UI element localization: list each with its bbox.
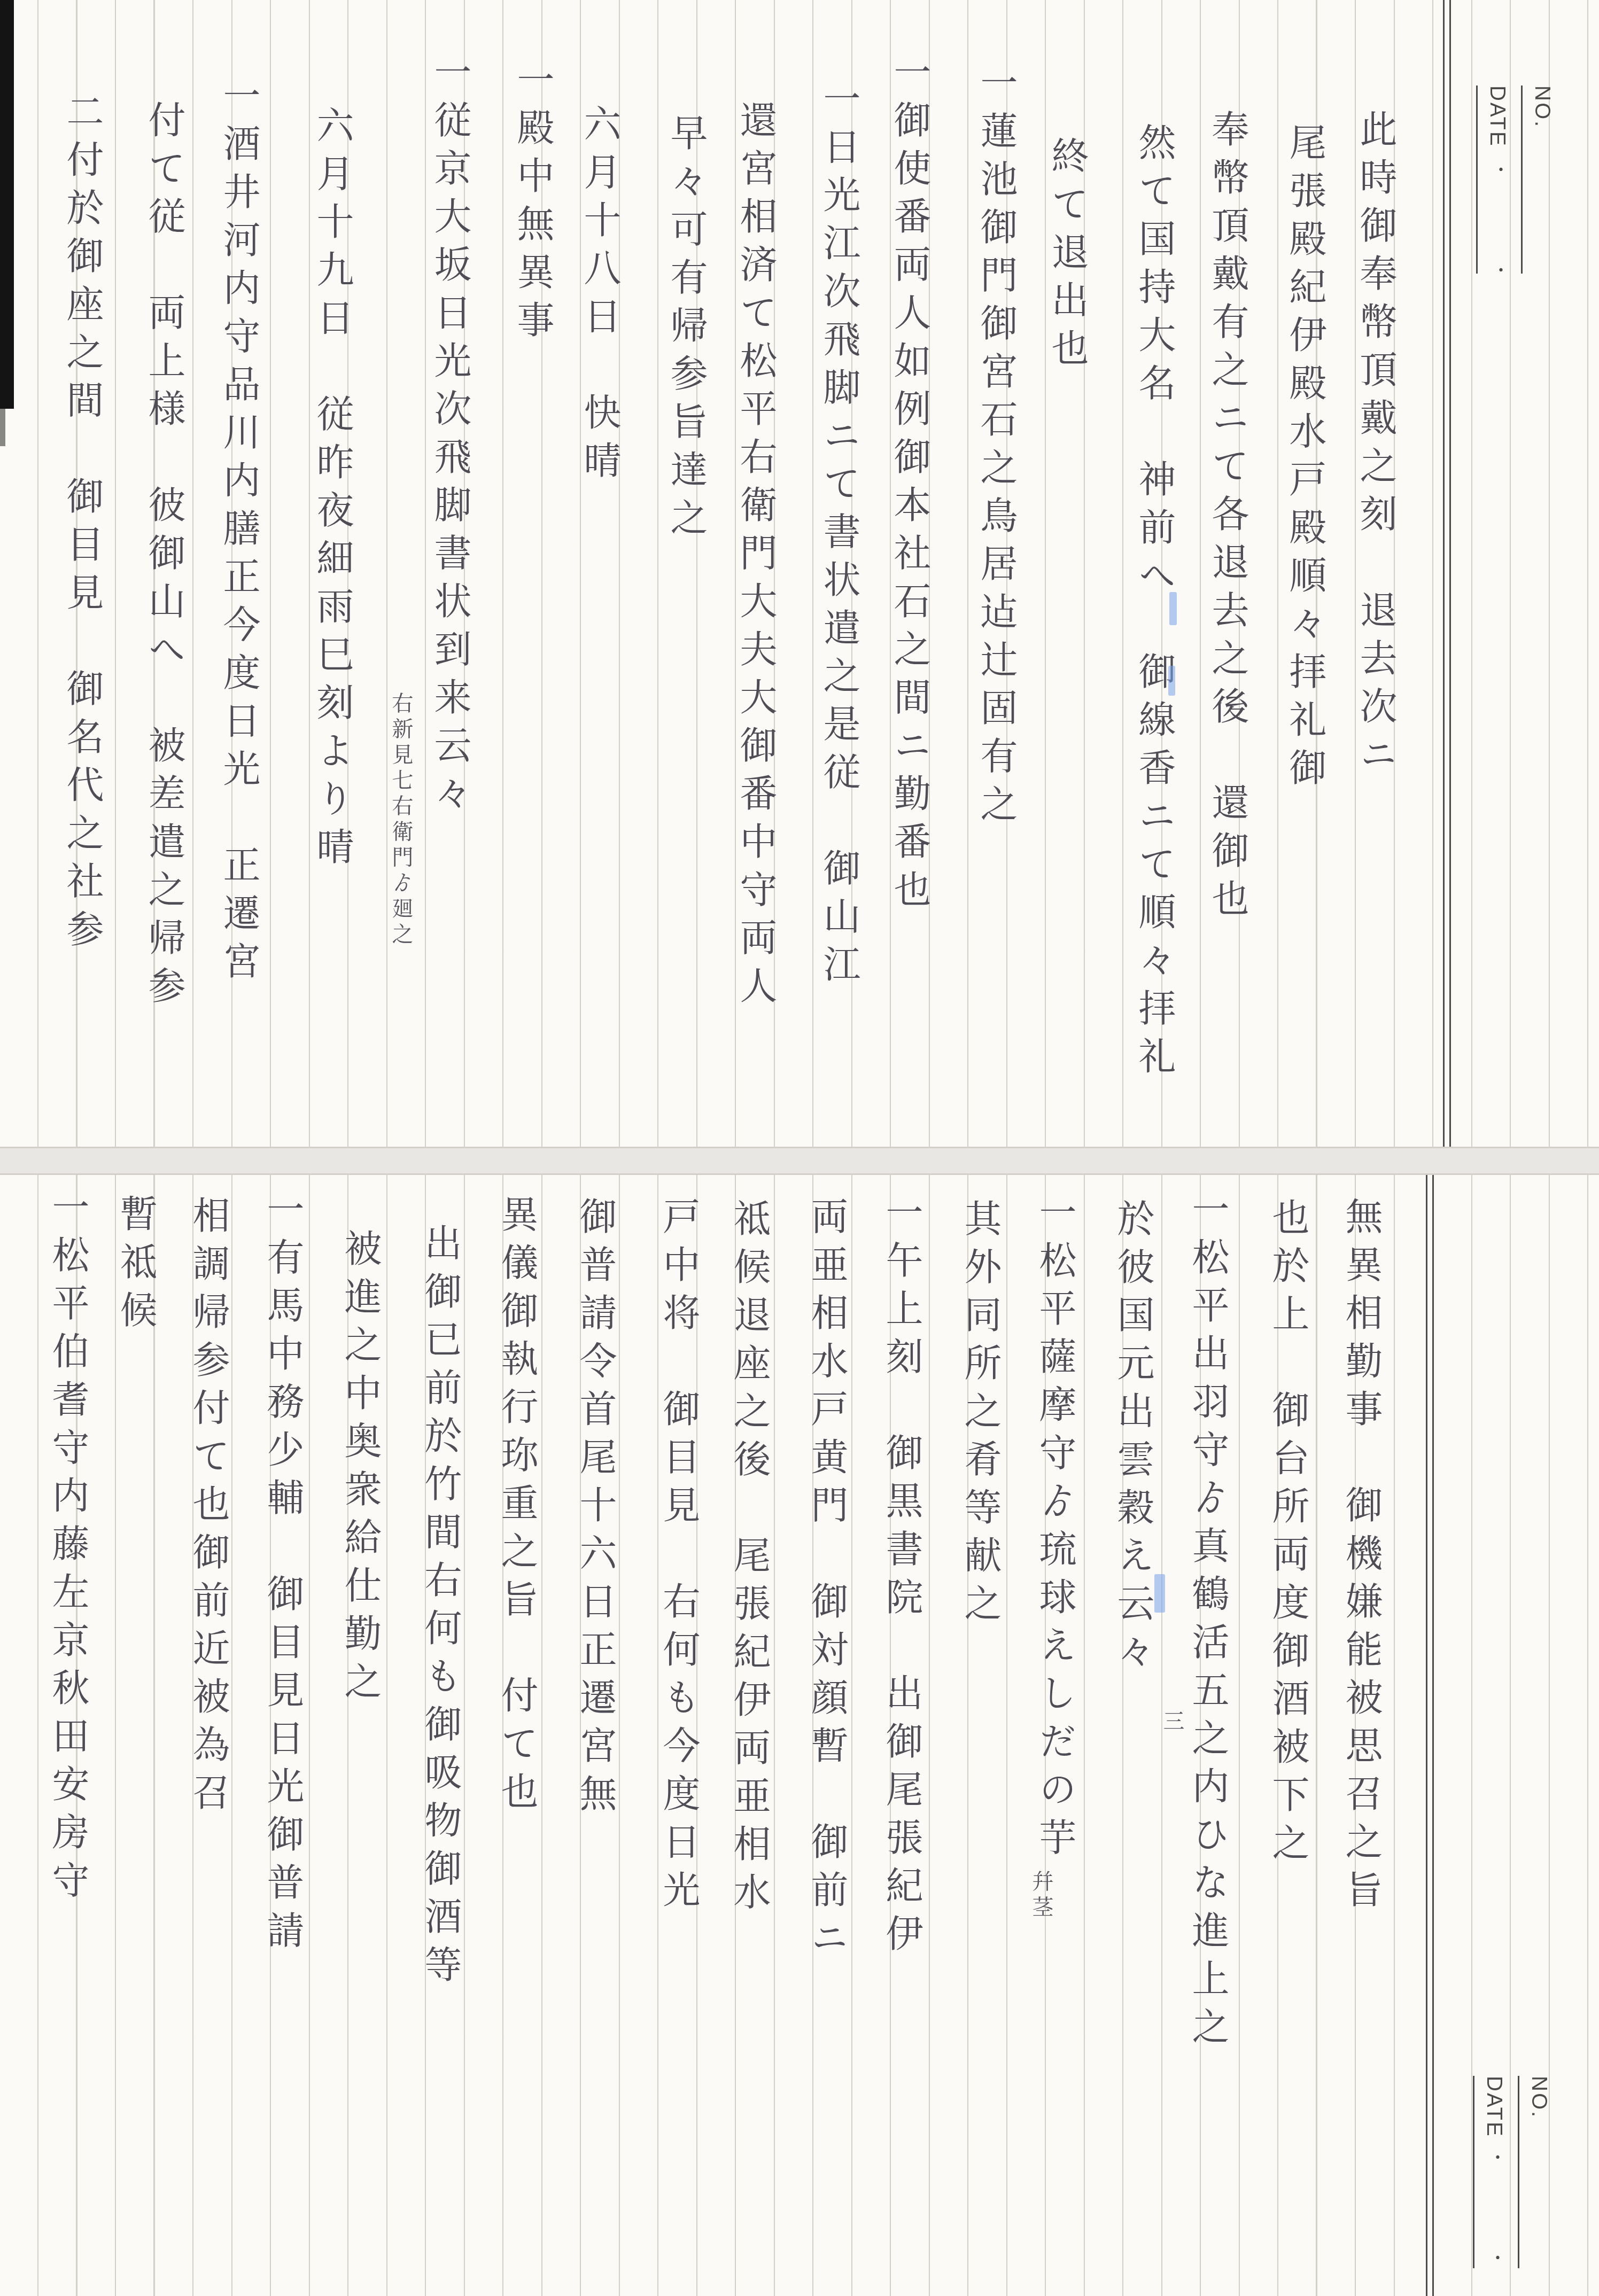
page-2-column-15: 出御已前於竹間右何も御吸物御酒等 <box>421 1224 458 1993</box>
page1-no-label: NO. <box>1530 85 1554 128</box>
page-1-column-17: 付て従 両上様 彼御山へ 被差遣之帰参 <box>144 100 182 1014</box>
page-2-column-7: 幷茎 <box>1030 1870 1052 1921</box>
page1-date-label: DATE <box>1485 85 1509 147</box>
page-1-column-6: 一蓮池御門御宮石之鳥居迠辻固有之 <box>976 63 1014 832</box>
page-2-column-13: 御普請令首尾十六日正遷宮無 <box>576 1197 613 1822</box>
page-1-margin-line <box>1443 0 1451 1147</box>
page-1-column-3: 奉幣頂戴有之ニて各退去之後 還御也 <box>1208 110 1245 927</box>
page-1-column-1: 此時御奉幣頂戴之刻 退去次ニ <box>1356 110 1393 783</box>
page-2-margin-line <box>1426 1175 1434 2296</box>
page-1-column-15: 六月十九日 従昨夜細雨巳刻より晴 <box>313 106 350 875</box>
page1-date-dots: ・ ・ <box>1486 160 1512 311</box>
scan-edge-artifact-2 <box>0 409 5 446</box>
blue-highlight-mark-1 <box>1169 592 1177 625</box>
page-1-column-10: 早々可有帰参旨達之 <box>666 113 704 546</box>
page-2-column-20: 一松平伯耆守内藤左京秋田安房守 <box>48 1187 86 1909</box>
page-2-column-18: 相調帰参付て也御前近被為召 <box>189 1196 226 1821</box>
page-1-column-9: 還宮相済て松平右衛門大夫大御番中守両人 <box>736 100 773 1014</box>
page2-no-line <box>1518 2076 1519 2268</box>
blue-highlight-mark-3 <box>1154 1574 1165 1613</box>
page-2-column-3: 一松平出羽守ゟ真鶴活五之内ひな進上之 <box>1188 1189 1225 2055</box>
blue-highlight-mark-2 <box>1168 666 1175 696</box>
page-1-column-4: 然て国持大名 神前へ 御線香ニて順々拝礼 <box>1135 123 1172 1085</box>
page-1-column-16: 一酒井河内守品川内膳正今度日光 正遷宮 <box>219 76 257 990</box>
page-2-column-14: 異儀御執行珎重之旨 付て也 <box>497 1195 534 1820</box>
page-1-column-13: 一従京大坂日光次飛脚書状到来云々 <box>430 52 468 822</box>
page-2-column-6: 一松平薩摩守ゟ琉球えしだの芋 <box>1035 1193 1073 1866</box>
page-1-column-5: 終て退出也 <box>1047 136 1085 377</box>
page2-date-line <box>1473 2076 1474 2268</box>
page-2-column-12: 戸中将 御目見 右何も今度日光 <box>659 1197 696 1918</box>
page-2-column-1: 無異相勤事 御機嫌能被思召之旨 <box>1341 1197 1379 1918</box>
page-2-column-16: 被進之中奥衆給仕勤之 <box>340 1229 378 1710</box>
page-2-column-10: 両亜相水戸黄門 御対顔暫 御前ニ <box>807 1197 844 1966</box>
page1-no-line <box>1521 85 1523 274</box>
page-1-column-11: 六月十八日 快晴 <box>580 104 617 489</box>
page-1-column-18: 二付於御座之間 御目見 御名代之社参 <box>63 92 100 958</box>
page1-date-line <box>1476 85 1478 274</box>
page2-no-label: NO. <box>1527 2076 1551 2119</box>
page-2-column-11: 祗候退座之後 尾張紀伊両亜相水 <box>729 1199 767 1920</box>
page2-date-label: DATE <box>1482 2076 1506 2138</box>
page-1-column-2: 尾張殿紀伊殿水戸殿順々拝礼御 <box>1285 123 1323 796</box>
page-1-column-12: 一殿中無異事 <box>513 60 550 348</box>
page-2-column-17: 一有馬中務少輔 御目見日光御普請 <box>263 1189 300 1959</box>
page-2-column-2: 也於上 御台所両度御酒被下之 <box>1268 1198 1306 1871</box>
page2-date-dots: ・ ・ <box>1482 2148 1509 2296</box>
page-1-column-8: 一日光江次飛脚ニて書状遣之是従 御山江 <box>819 79 857 993</box>
page-2-column-19: 暫祗候 <box>116 1194 153 1338</box>
page-1-column-7: 一御使番両人如例御本社石之間ニ勤番也 <box>890 52 927 918</box>
page-2-column-8: 其外同所之肴等献之 <box>960 1199 998 1632</box>
scanned-notebook: NO. DATE ・ ・ NO. DATE ・ ・ 此時御奉幣頂戴之刻 退去次ニ… <box>0 0 1599 2296</box>
page-1-column-14: 右新見七右衛門ゟ廻之 <box>390 692 412 948</box>
scan-edge-artifact <box>0 0 14 409</box>
page-2-column-4: 三 <box>1161 1710 1183 1735</box>
page-2-column-9: 一午上刻 御黒書院 出御尾張紀伊 <box>882 1193 919 1962</box>
page-2-column-5: 於彼国元出雲穀え云々 <box>1113 1199 1151 1680</box>
